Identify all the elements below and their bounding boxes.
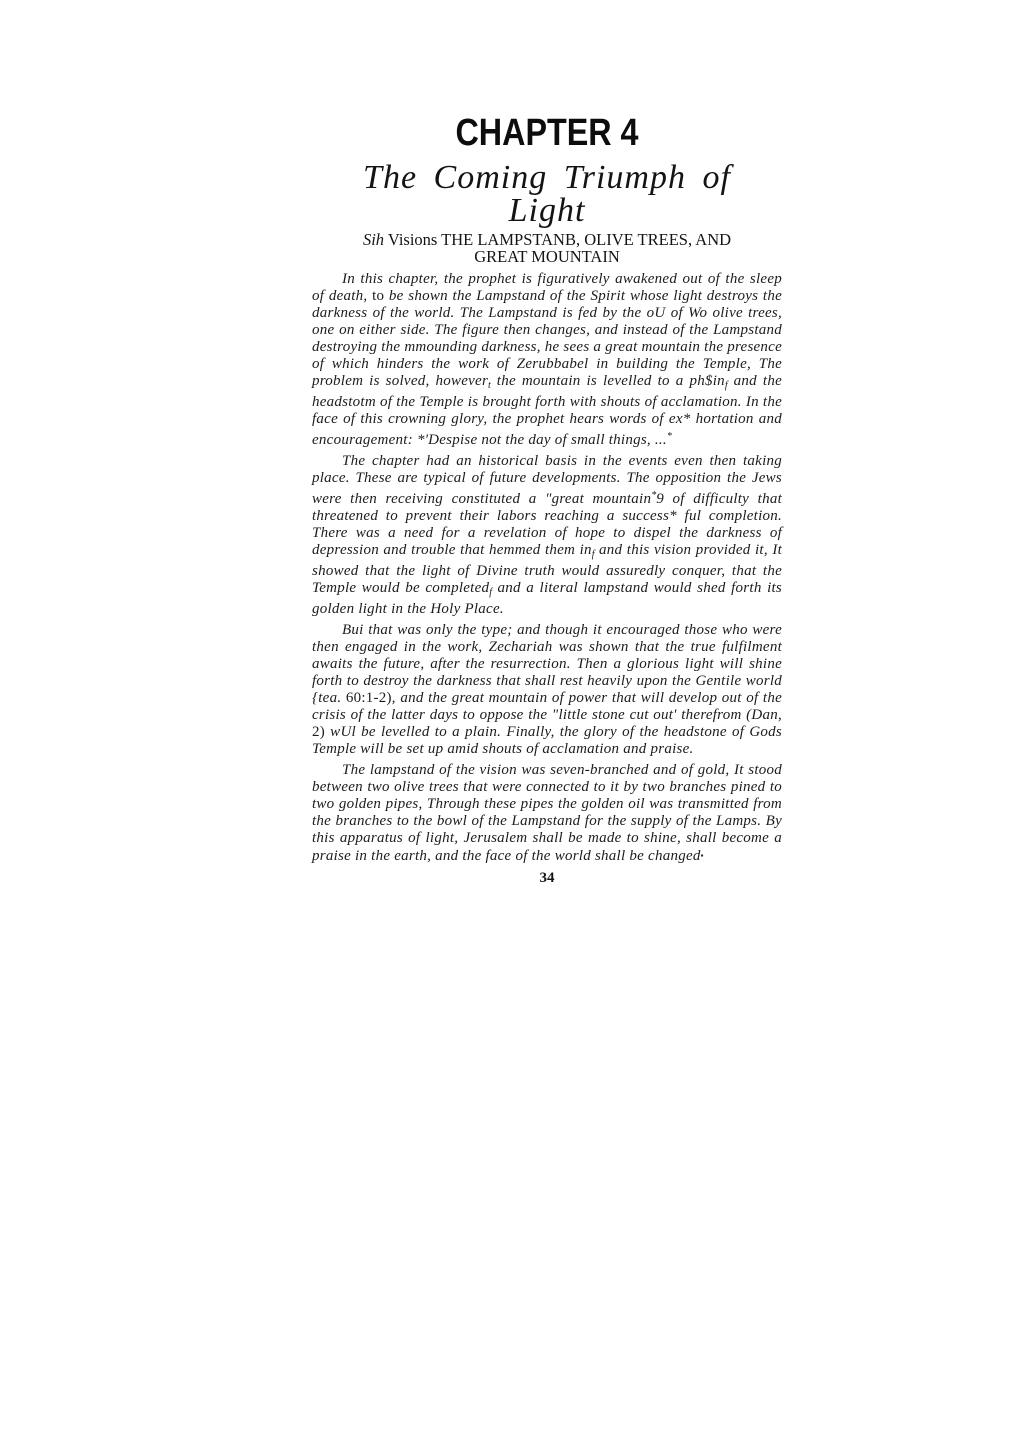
chapter-title: The Coming Triumph of Light: [312, 161, 782, 228]
subtitle-line-1: Visions THE LAMPSTANB, OLIVE TREES, AND: [384, 230, 731, 249]
text-run: the mountain is levelled to a ph$in: [491, 373, 725, 389]
title-line-2: Light: [509, 192, 586, 229]
text-run: The lampstand of the vision was seven-br…: [312, 762, 782, 864]
text-run: 60:1-2),: [346, 690, 396, 706]
section-subtitle: Sih Visions THE LAMPSTANB, OLIVE TREES, …: [312, 231, 782, 267]
subtitle-lead-word: Sih: [363, 230, 384, 249]
text-run: wUl be levelled to a plain. Finally, the…: [312, 724, 782, 757]
text-run: *: [667, 431, 672, 442]
text-run: ▪: [701, 851, 704, 860]
paragraph: Bui that was only the type; and though i…: [312, 622, 782, 758]
page-content: CHAPTER 4 The Coming Triumph of Light Si…: [312, 114, 782, 887]
page-number: 34: [312, 870, 782, 887]
paragraph: The chapter had an historical basis in t…: [312, 453, 782, 618]
title-line-1: The Coming Triumph of: [363, 159, 731, 196]
subtitle-line-2: GREAT MOUNTAIN: [474, 247, 620, 266]
text-run: to: [372, 288, 384, 304]
document-page: CHAPTER 4 The Coming Triumph of Light Si…: [0, 0, 1020, 1443]
text-run: 2): [312, 724, 325, 740]
body-paragraphs: In this chapter, the prophet is figurati…: [312, 271, 782, 865]
paragraph: In this chapter, the prophet is figurati…: [312, 271, 782, 449]
chapter-heading: CHAPTER 4: [347, 114, 747, 152]
paragraph: The lampstand of the vision was seven-br…: [312, 762, 782, 865]
